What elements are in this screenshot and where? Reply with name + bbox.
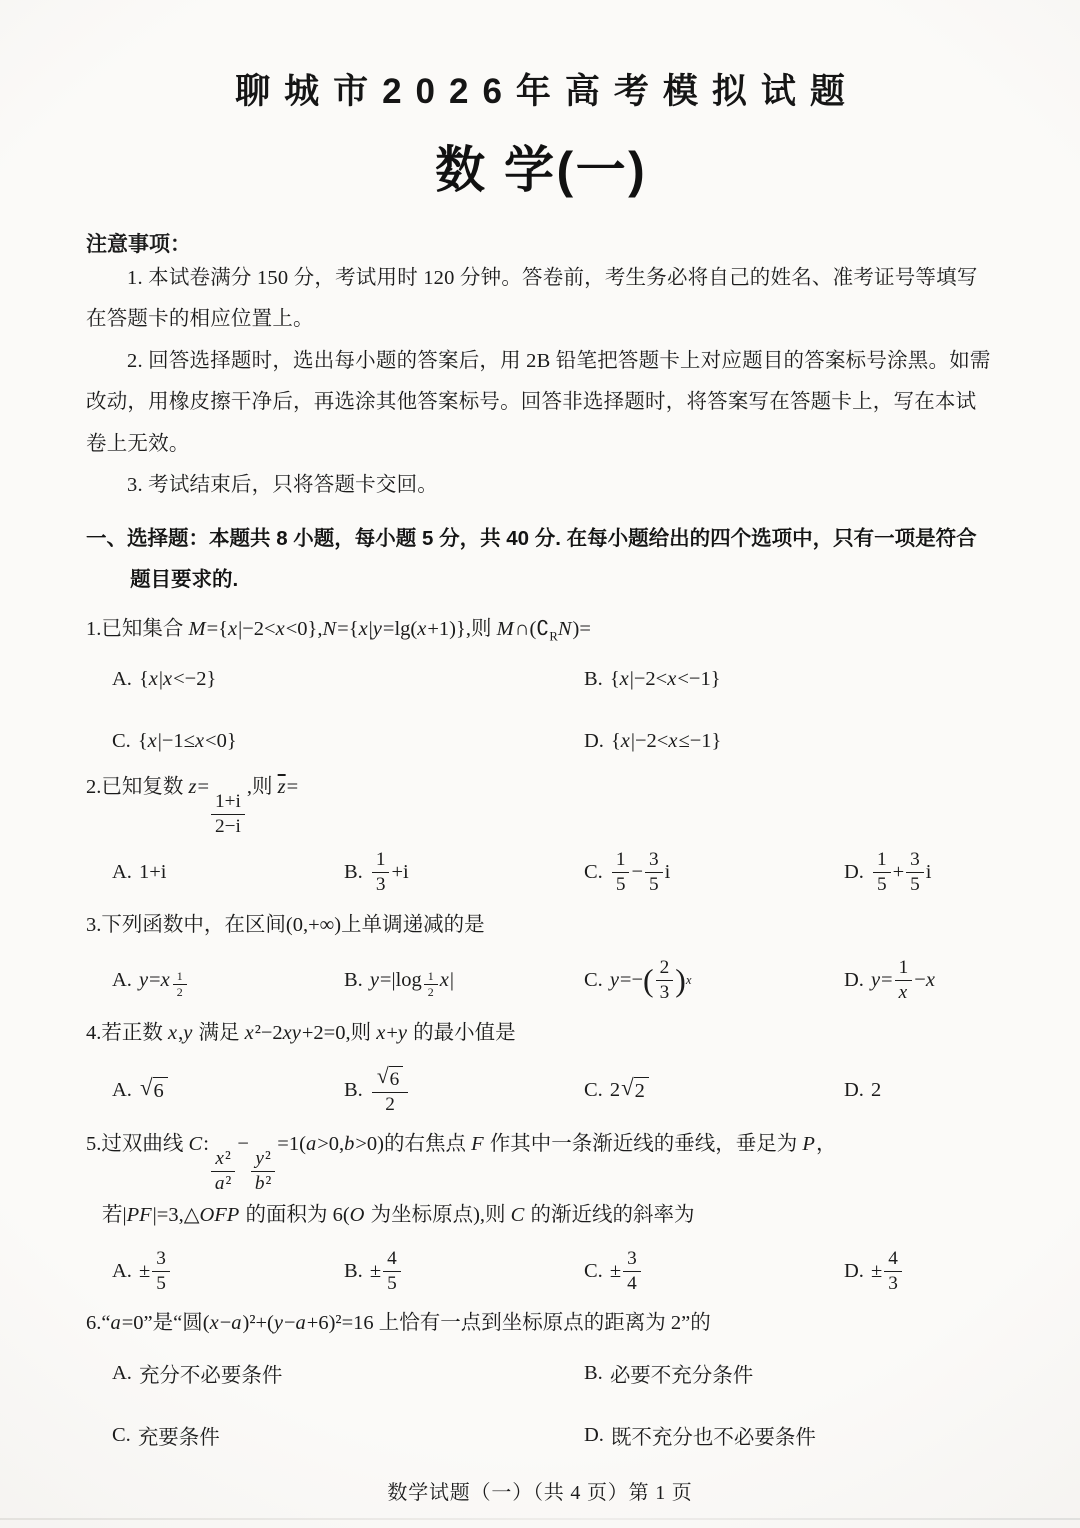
math-var: x: [168, 1022, 178, 1044]
numerator: 3: [152, 1248, 170, 1272]
math-text: i: [236, 816, 241, 837]
fraction: 35: [645, 849, 663, 895]
math-text: =0”是“圆(: [122, 1312, 210, 1334]
math-text: 5: [156, 1273, 166, 1294]
notices-section: 注意事项： 1. 本试卷满分 150 分，考试用时 120 分钟。答卷前，考生务…: [86, 228, 994, 506]
question-list: 1.已知集合 M={x|−2<x<0},N={x|y=lg(x+1)},则 M∩…: [86, 610, 994, 1452]
option-label: C.: [584, 1079, 603, 1102]
math-var: N: [322, 618, 337, 640]
math-text: ±: [139, 1260, 150, 1283]
math-var: M: [189, 618, 207, 640]
math-text: 2: [635, 1080, 645, 1102]
math-text: {: [138, 730, 148, 753]
option: B.√62: [344, 1066, 584, 1116]
math-var: x: [376, 1022, 386, 1044]
question: 3.下列函数中，在区间(0,+∞)上单调递减的是A.y=x12B.y=|log1…: [86, 906, 994, 1004]
denominator: 3: [372, 873, 390, 896]
math-var: PF: [127, 1204, 153, 1226]
section-header: 一、选择题：本题共 8 小题，每小题 5 分，共 40 分. 在每小题给出的四个…: [86, 518, 994, 600]
option-label: C.: [584, 1260, 603, 1283]
math-text: +: [391, 861, 403, 884]
option: C.±34: [584, 1248, 844, 1294]
math-text: 的最小值是: [408, 1022, 516, 1044]
option: D.{x|−2<x≤−1}: [584, 724, 994, 758]
options-row: A.1+iB.13+iC.15−35iD.15+35i: [86, 849, 994, 895]
notice-paragraph-2: 2. 回答选择题时，选出每小题的答案后，用 2B 铅笔把答题卡上对应题目的答案标…: [86, 341, 994, 465]
question-stem: 5.过双曲线 C:x²a²−y²b²=1(a>0,b>0)的右焦点 F 作其中一…: [86, 1125, 994, 1194]
math-text: 5.过双曲线: [86, 1133, 189, 1155]
notice-paragraph-3: 3. 考试结束后，只将答题卡交回。: [86, 465, 994, 506]
fraction: 23: [656, 957, 674, 1003]
math-var: x: [621, 730, 631, 753]
question: 4.若正数 x,y 满足 x²−2xy+2=0,则 x+y 的最小值是A.√6B…: [86, 1014, 994, 1116]
option-label: C.: [112, 730, 131, 753]
overbar-var: z: [278, 776, 287, 798]
option: C.充要条件: [112, 1418, 584, 1452]
math-text: ²: [265, 1148, 271, 1169]
math-text: 1: [899, 957, 909, 978]
option-label: D.: [844, 1079, 864, 1102]
math-var: M: [497, 618, 515, 640]
option: D.±43: [844, 1248, 994, 1294]
math-text: −: [220, 1312, 232, 1334]
math-text: ²: [266, 1173, 272, 1194]
subscript: 12: [422, 961, 440, 999]
math-var: x: [149, 668, 159, 691]
option: B.±45: [344, 1248, 584, 1294]
math-text: <−2}: [173, 668, 216, 691]
option-label: D.: [584, 1424, 604, 1447]
option-label: B.: [344, 969, 363, 992]
question: 6.“a=0”是“圆(x−a)²+(y−a+6)²=16 上恰有一点到坐标原点的…: [86, 1304, 994, 1452]
option-label: A.: [112, 861, 132, 884]
math-text: 1: [177, 969, 183, 983]
math-var: x: [899, 982, 909, 1003]
math-var: x: [417, 618, 427, 640]
math-var: x: [926, 969, 936, 992]
math-text: R: [549, 630, 557, 644]
math-text: i: [926, 861, 932, 884]
option-label: B.: [344, 861, 363, 884]
numerator: 2: [656, 957, 674, 981]
math-var: y: [610, 969, 620, 992]
math-text: 2: [871, 1079, 881, 1102]
math-text: 4.若正数: [86, 1022, 168, 1044]
option: A.{x|x<−2}: [112, 662, 584, 696]
option: C.15−35i: [584, 849, 844, 895]
question-stem: 2.已知复数 z=1+i2−i,则 z=: [86, 768, 994, 837]
options-row: A.{x|x<−2}B.{x|−2<x<−1}C.{x|−1≤x<0}D.{x|…: [86, 662, 994, 758]
math-text: i: [161, 861, 167, 884]
math-text: =: [881, 969, 893, 992]
numerator: 1: [895, 957, 913, 981]
math-text: 3: [649, 849, 659, 870]
math-text: 若|: [102, 1204, 127, 1226]
option: A.1+i: [112, 855, 344, 889]
fraction: √62: [372, 1066, 408, 1116]
option: A.±35: [112, 1248, 344, 1294]
option: C.2√2: [584, 1073, 844, 1107]
math-text: +2=0,则: [302, 1022, 376, 1044]
math-var: y: [871, 969, 881, 992]
math-text: 6: [390, 1069, 400, 1090]
math-var: x: [359, 618, 369, 640]
math-text: ，: [816, 1133, 837, 1155]
math-var: C: [189, 1133, 204, 1155]
notices-header: 注意事项：: [86, 228, 994, 258]
numerator: √6: [372, 1066, 408, 1093]
option: D.2: [844, 1073, 994, 1107]
denominator: 5: [383, 1272, 401, 1295]
math-text: 4: [627, 1273, 637, 1294]
question: 5.过双曲线 C:x²a²−y²b²=1(a>0,b>0)的右焦点 F 作其中一…: [86, 1125, 994, 1294]
math-text: <−1}: [677, 668, 720, 691]
radical: √6: [377, 1066, 403, 1091]
fraction: 45: [383, 1248, 401, 1294]
option: D.y=1x−x: [844, 957, 994, 1003]
math-var: a: [231, 1312, 242, 1334]
fraction: 1x: [895, 957, 913, 1003]
math-text: >0)的右焦点: [355, 1133, 471, 1155]
numerator: y²: [251, 1148, 274, 1172]
math-text: ={: [207, 618, 228, 640]
option-label: B.: [584, 668, 603, 691]
question: 1.已知集合 M={x|−2<x<0},N={x|y=lg(x+1)},则 M∩…: [86, 610, 994, 758]
page-footer: 数学试题（一）（共 4 页）第 1 页: [86, 1476, 994, 1505]
math-text: 1.已知集合: [86, 618, 189, 640]
radicand: 6: [389, 1066, 404, 1091]
math-var: y: [370, 969, 380, 992]
option-label: B.: [344, 1260, 363, 1283]
big-paren: ): [675, 965, 686, 997]
math-var: b: [344, 1133, 355, 1155]
math-text: ,则: [247, 776, 278, 798]
math-var: a: [215, 1173, 226, 1194]
option: B.13+i: [344, 849, 584, 895]
math-text: 既不充分也不必要条件: [611, 1420, 816, 1450]
math-var: x: [215, 1148, 225, 1169]
math-text: =|: [380, 969, 396, 992]
superscript: x: [686, 974, 693, 987]
fraction: 35: [152, 1248, 170, 1294]
option: B.y=|log12x|: [344, 961, 584, 999]
math-text: <0}: [205, 730, 237, 753]
math-var: y: [183, 1022, 193, 1044]
math-text: =−: [620, 969, 643, 992]
option: A.充分不必要条件: [112, 1356, 584, 1390]
math-text: {: [611, 730, 621, 753]
denominator: b²: [251, 1172, 275, 1195]
numerator: 3: [645, 849, 663, 873]
math-text: lg: [394, 618, 410, 640]
numerator: x²: [211, 1148, 234, 1172]
fraction: 35: [906, 849, 924, 895]
math-text: 1: [428, 969, 434, 983]
numerator: 4: [383, 1248, 401, 1272]
math-text: +: [893, 861, 905, 884]
math-text: 1: [616, 849, 626, 870]
math-text: 6: [154, 1080, 164, 1102]
radical-sign: √: [377, 1065, 389, 1088]
denominator: 3: [884, 1272, 902, 1295]
page-subtitle: 数 学(一): [86, 130, 994, 202]
math-var: x: [163, 668, 173, 691]
option-label: A.: [112, 969, 132, 992]
math-text: 5: [649, 874, 659, 895]
math-text: =: [197, 776, 209, 798]
fraction: x²a²: [211, 1148, 235, 1194]
math-text: 2.已知复数: [86, 776, 189, 798]
question-stem: 6.“a=0”是“圆(x−a)²+(y−a+6)²=16 上恰有一点到坐标原点的…: [86, 1304, 994, 1344]
math-text: <0},: [286, 618, 323, 640]
page-bottom-edge: [0, 1518, 1080, 1520]
math-var: OFP: [199, 1204, 240, 1226]
math-text: {: [139, 668, 149, 691]
numerator: 1: [372, 849, 390, 873]
denominator: 3: [656, 981, 674, 1004]
math-var: N: [558, 618, 573, 640]
math-text: =: [383, 618, 395, 640]
radical-sign: √: [140, 1076, 153, 1100]
denominator: x: [895, 981, 913, 1004]
exam-page: 聊城市2026年高考模拟试题 数 学(一) 注意事项： 1. 本试卷满分 150…: [0, 0, 1080, 1528]
page-title: 聊城市2026年高考模拟试题: [86, 64, 994, 114]
math-text: |−2<: [631, 730, 668, 753]
option-label: D.: [844, 969, 864, 992]
option-label: A.: [112, 1362, 132, 1385]
radical: √2: [621, 1077, 649, 1104]
option-label: D.: [584, 730, 604, 753]
math-var: x: [620, 668, 630, 691]
denominator: 2: [173, 985, 187, 999]
math-text: 2: [660, 957, 670, 978]
math-text: log: [396, 969, 422, 992]
math-text: 1: [376, 849, 386, 870]
math-text: 3: [376, 874, 386, 895]
fraction: 34: [623, 1248, 641, 1294]
radical: √6: [140, 1077, 168, 1104]
math-text: 4: [888, 1248, 898, 1269]
question-stem: 1.已知集合 M={x|−2<x<0},N={x|y=lg(x+1)},则 M∩…: [86, 610, 994, 650]
math-var: y: [398, 1022, 408, 1044]
numerator: 1: [873, 849, 891, 873]
math-text: )=: [573, 618, 591, 640]
math-text: ²−2: [255, 1022, 283, 1044]
math-text: 1: [877, 849, 887, 870]
option-label: C.: [584, 861, 603, 884]
denominator: 5: [612, 873, 630, 896]
math-var: x: [228, 618, 238, 640]
math-text: i: [236, 791, 241, 812]
math-var: x: [161, 969, 171, 992]
math-text: 的面积为 6(: [240, 1204, 349, 1226]
math-text: 3: [888, 1273, 898, 1294]
options-row: A.充分不必要条件B.必要不充分条件C.充要条件D.既不充分也不必要条件: [86, 1356, 994, 1452]
math-text: 5: [387, 1273, 397, 1294]
big-paren: (: [643, 965, 654, 997]
math-text: |−1≤: [158, 730, 195, 753]
math-text: 1+: [215, 791, 236, 812]
radicand: 6: [153, 1077, 168, 1104]
option: A.y=x12: [112, 961, 344, 999]
math-var: F: [471, 1133, 485, 1155]
math-text: 2−: [215, 816, 236, 837]
radicand: 2: [634, 1077, 649, 1104]
fraction: 15: [612, 849, 630, 895]
fraction: 43: [884, 1248, 902, 1294]
math-text: +1)},则: [427, 618, 496, 640]
denominator: 2: [381, 1093, 399, 1116]
subscript: R: [549, 630, 557, 644]
math-text: 充分不必要条件: [139, 1358, 283, 1388]
math-text: =1(: [277, 1133, 306, 1155]
math-text: |−2<: [238, 618, 275, 640]
fraction: 12: [424, 970, 438, 1000]
option-label: C.: [112, 1424, 131, 1447]
option-label: C.: [584, 969, 603, 992]
math-var: x: [210, 1312, 220, 1334]
math-text: −: [914, 969, 926, 992]
math-text: ²: [225, 1148, 231, 1169]
math-text: >0,: [317, 1133, 344, 1155]
math-var: y: [373, 618, 383, 640]
option-label: D.: [844, 1260, 864, 1283]
math-text: 4: [387, 1248, 397, 1269]
math-text: 为坐标原点),则: [365, 1204, 510, 1226]
math-var: b: [255, 1173, 266, 1194]
denominator: 5: [873, 873, 891, 896]
option-label: A.: [112, 668, 132, 691]
math-var: x: [245, 1022, 255, 1044]
math-text: ={: [337, 618, 358, 640]
math-var: y: [274, 1312, 284, 1334]
denominator: 5: [152, 1272, 170, 1295]
math-text: )²+(: [243, 1312, 274, 1334]
denominator: 2: [424, 985, 438, 999]
denominator: 4: [623, 1272, 641, 1295]
math-text: 2: [385, 1094, 395, 1115]
options-row: A.y=x12B.y=|log12x|C.y=−(23)xD.y=1x−x: [86, 957, 994, 1003]
math-var: x: [148, 730, 158, 753]
math-text: 5: [910, 874, 920, 895]
math-text: i: [665, 861, 671, 884]
option: D.既不充分也不必要条件: [584, 1418, 994, 1452]
math-text: 3: [910, 849, 920, 870]
option: D.15+35i: [844, 849, 994, 895]
math-text: ±: [871, 1260, 882, 1283]
option-label: A.: [112, 1079, 132, 1102]
denominator: 5: [906, 873, 924, 896]
numerator: 1: [173, 970, 187, 985]
math-var: O: [350, 1204, 366, 1226]
exam-header: 聊城市2026年高考模拟试题 数 学(一): [86, 64, 994, 202]
math-text: |−2<: [630, 668, 667, 691]
math-text: 3.下列函数中，在区间(0,+∞)上单调递减的是: [86, 914, 485, 936]
option: B.{x|−2<x<−1}: [584, 662, 994, 696]
math-text: 6.“: [86, 1312, 110, 1334]
option: B.必要不充分条件: [584, 1356, 994, 1390]
math-text: −: [284, 1312, 296, 1334]
math-text: 的渐近线的斜率为: [525, 1204, 694, 1226]
math-text: 2: [428, 985, 434, 999]
option-label: B.: [344, 1079, 363, 1102]
math-text: 5: [616, 874, 626, 895]
denominator: 2−i: [211, 815, 245, 838]
option: C.{x|−1≤x<0}: [112, 724, 584, 758]
math-text: |: [450, 969, 454, 992]
math-var: C: [511, 1204, 526, 1226]
notice-paragraph-1: 1. 本试卷满分 150 分，考试用时 120 分钟。答卷前，考生务必将自己的姓…: [86, 258, 994, 341]
math-text: 2: [177, 985, 183, 999]
option-label: A.: [112, 1260, 132, 1283]
denominator: 5: [645, 873, 663, 896]
math-text: −: [631, 861, 643, 884]
math-var: x: [668, 730, 678, 753]
numerator: 3: [623, 1248, 641, 1272]
option-label: D.: [844, 861, 864, 884]
options-row: A.±35B.±45C.±34D.±43: [86, 1248, 994, 1294]
math-var: y: [255, 1148, 265, 1169]
math-var: xy: [283, 1022, 302, 1044]
math-text: =: [287, 776, 299, 798]
math-text: +6)²=16 上恰有一点到坐标原点的距离为 2”的: [307, 1312, 711, 1334]
numerator: 4: [884, 1248, 902, 1272]
question: 2.已知复数 z=1+i2−i,则 z=A.1+iB.13+iC.15−35iD…: [86, 768, 994, 895]
math-text: −: [237, 1133, 249, 1155]
math-text: 3: [627, 1248, 637, 1269]
math-text: ²: [226, 1173, 232, 1194]
numerator: 1: [612, 849, 630, 873]
math-text: {: [610, 668, 620, 691]
math-text: |=3,△: [153, 1204, 200, 1226]
math-var: a: [296, 1312, 307, 1334]
math-var: y: [139, 969, 149, 992]
math-text: ±: [370, 1260, 381, 1283]
fraction: 15: [873, 849, 891, 895]
fraction: 12: [173, 970, 187, 1000]
math-text: 满足: [193, 1022, 244, 1044]
math-text: ∩(∁: [515, 618, 550, 640]
math-text: :: [203, 1133, 209, 1155]
fraction: y²b²: [251, 1148, 275, 1194]
question-stem: 4.若正数 x,y 满足 x²−2xy+2=0,则 x+y 的最小值是: [86, 1014, 994, 1054]
math-text: 5: [877, 874, 887, 895]
math-text: ≤−1}: [678, 730, 721, 753]
math-var: x: [276, 618, 286, 640]
option-label: B.: [584, 1362, 603, 1385]
fraction: 1+i2−i: [211, 791, 245, 837]
question-stem: 若|PF|=3,△OFP 的面积为 6(O 为坐标原点),则 C 的渐近线的斜率…: [86, 1196, 994, 1236]
math-var: P: [802, 1133, 816, 1155]
math-text: =: [149, 969, 161, 992]
math-var: a: [110, 1312, 121, 1334]
math-text: 3: [156, 1248, 166, 1269]
option: C.y=−(23)x: [584, 957, 844, 1003]
math-text: +: [386, 1022, 398, 1044]
numerator: 1+i: [211, 791, 245, 815]
math-var: a: [306, 1133, 317, 1155]
math-var: x: [686, 973, 693, 987]
math-text: 2: [610, 1079, 620, 1102]
math-var: x: [440, 969, 450, 992]
fraction: 13: [372, 849, 390, 895]
numerator: 3: [906, 849, 924, 873]
math-text: 必要不充分条件: [610, 1358, 754, 1388]
math-text: 3: [660, 982, 670, 1003]
denominator: a²: [211, 1172, 235, 1195]
numerator: 1: [424, 970, 438, 985]
math-text: 充要条件: [138, 1420, 220, 1450]
